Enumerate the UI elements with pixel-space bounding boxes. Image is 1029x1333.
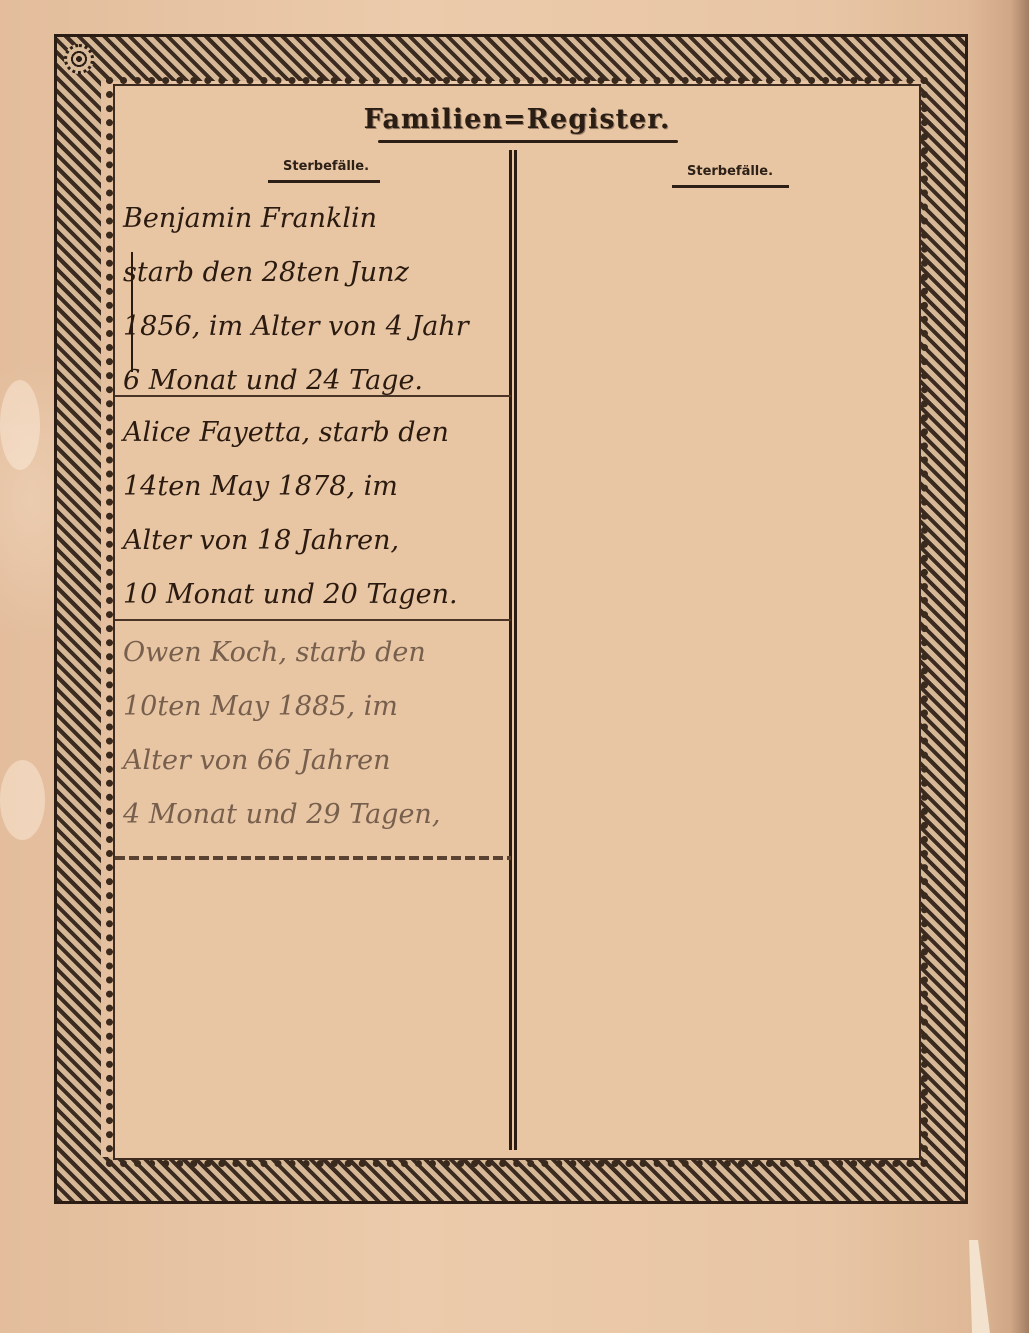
- entry-line: 10 Monat und 20 Tagen.: [123, 568, 509, 622]
- entry-separator: [115, 619, 511, 621]
- column-heading-left-underline: [268, 180, 380, 183]
- column-divider: [509, 150, 517, 1150]
- death-entry: Owen Koch, starb den 10ten May 1885, im …: [123, 626, 509, 842]
- title-underline: [378, 140, 678, 143]
- entry-line: 10ten May 1885, im: [123, 680, 509, 734]
- death-entry: Benjamin Franklin starb den 28ten Junz 1…: [123, 192, 509, 408]
- column-heading-right: Sterbefälle.: [687, 164, 773, 179]
- entry-line: Alter von 18 Jahren,: [123, 514, 509, 568]
- paper-stain: [0, 760, 45, 840]
- page-edge-shadow: [967, 0, 1029, 1333]
- entry-line: 6 Monat und 24 Tage.: [123, 354, 509, 408]
- entry-line: Owen Koch, starb den: [123, 626, 509, 680]
- column-heading-right-underline: [672, 185, 789, 188]
- rosette-ornament-icon: [64, 44, 94, 74]
- death-entry: Alice Fayetta, starb den 14ten May 1878,…: [123, 406, 509, 622]
- entry-line: Alice Fayetta, starb den: [123, 406, 509, 460]
- register-page: Familien=Register. Sterbefälle. Sterbefä…: [113, 84, 921, 1160]
- column-heading-left: Sterbefälle.: [283, 159, 369, 174]
- entry-line: 4 Monat und 29 Tagen,: [123, 788, 509, 842]
- entry-line: 1856, im Alter von 4 Jahr: [123, 300, 509, 354]
- wavy-end-separator: [115, 856, 511, 860]
- entry-line: Alter von 66 Jahren: [123, 734, 509, 788]
- paper-stain: [0, 380, 40, 470]
- entry-line: Benjamin Franklin: [123, 192, 509, 246]
- entry-line: 14ten May 1878, im: [123, 460, 509, 514]
- page-title: Familien=Register.: [115, 104, 919, 135]
- entry-line: starb den 28ten Junz: [123, 246, 509, 300]
- ornament-top-row: [64, 44, 94, 74]
- entry-separator: [115, 395, 511, 397]
